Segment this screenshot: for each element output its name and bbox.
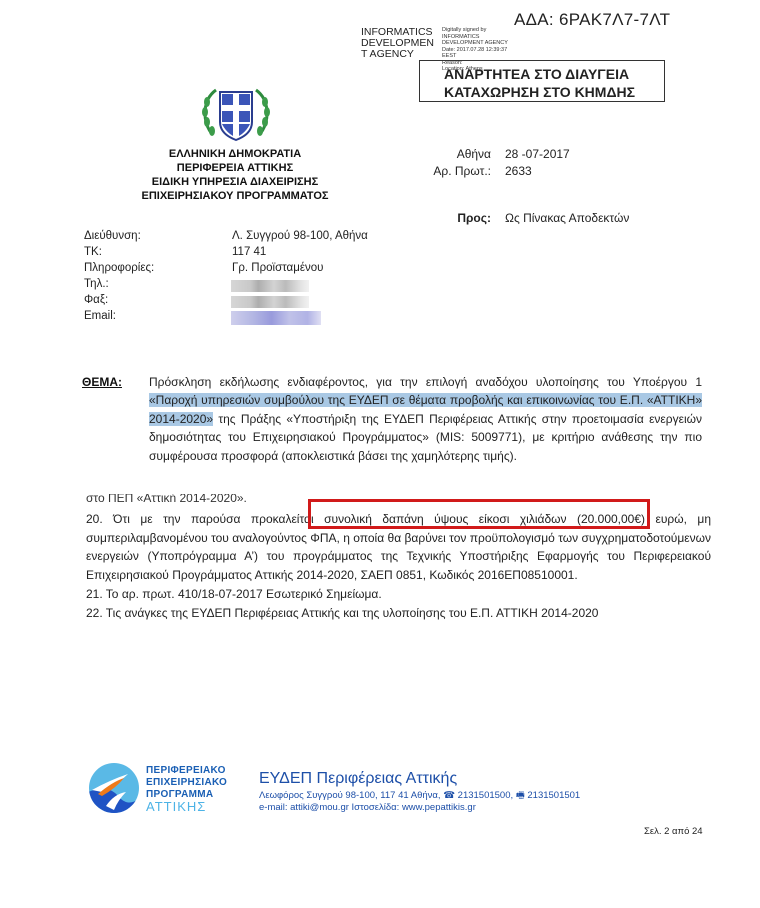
- contact-value-address: Λ. Συγγρού 98-100, Αθήνα: [232, 230, 368, 242]
- contact-label-address: Διεύθυνση:: [84, 230, 141, 242]
- org-line: ΕΛΛΗΝΙΚΗ ΔΗΜΟΚΡΑΤΙΑ: [80, 147, 390, 161]
- posting-line-kimdis: ΚΑΤΑΧΩΡΗΣΗ ΣΤΟ ΚΗΜΔΗΣ: [444, 83, 664, 101]
- document-date: 28 -07-2017: [505, 147, 570, 161]
- digital-signer-name: INFORMATICS DEVELOPMEN T AGENCY: [361, 27, 441, 60]
- contact-label-fax: Φαξ:: [84, 294, 108, 306]
- contact-label-postcode: ΤΚ:: [84, 246, 102, 258]
- redacted-phone: [231, 280, 309, 292]
- recipient-value: Ως Πίνακας Αποδεκτών: [505, 211, 629, 225]
- footer-title: ΕΥΔΕΠ Περιφέρειας Αττικής: [259, 770, 457, 788]
- subject-label: ΘΕΜΑ:: [82, 375, 122, 389]
- program-name: ΠΕΡΙΦΕΡΕΙΑΚΟ ΕΠΙΧΕΙΡΗΣΙΑΚΟ ΠΡΟΓΡΑΜΜΑ ΑΤΤ…: [146, 765, 227, 813]
- contact-label-phone: Τηλ.:: [84, 278, 109, 290]
- greek-coat-of-arms-icon: [198, 82, 274, 146]
- place-label: Αθήνα: [411, 147, 491, 161]
- footer-web: e-mail: attiki@mou.gr Ιστοσελίδα: www.pe…: [259, 802, 580, 814]
- posting-notice-box: ΑΝΑΡΤΗΤΕΑ ΣΤΟ ΔΙΑΥΓΕΙΑ ΚΑΤΑΧΩΡΗΣΗ ΣΤΟ ΚΗ…: [419, 60, 665, 102]
- footer-address: Λεωφόρος Συγγρού 98-100, 117 41 Αθήνα, ☎…: [259, 790, 580, 802]
- subject-text: Πρόσκληση εκδήλωσης ενδιαφέροντος, για τ…: [149, 373, 702, 465]
- clause-22: 22. Τις ανάγκες της ΕΥΔΕΠ Περιφέρειας Ατ…: [86, 604, 711, 623]
- recipient-label: Προς:: [411, 211, 491, 225]
- contact-label-info: Πληροφορίες:: [84, 262, 154, 274]
- footer-contact: Λεωφόρος Συγγρού 98-100, 117 41 Αθήνα, ☎…: [259, 790, 580, 814]
- org-line: ΠΕΡΙΦΕΡΕΙΑ ΑΤΤΙΚΗΣ: [80, 161, 390, 175]
- contact-value-info: Γρ. Προϊσταμένου: [232, 262, 323, 274]
- redacted-fax: [231, 296, 309, 308]
- subject-text-intro: Πρόσκληση εκδήλωσης ενδιαφέροντος, για τ…: [149, 375, 702, 389]
- protocol-label: Αρ. Πρωτ.:: [411, 164, 491, 178]
- contact-value-postcode: 117 41: [232, 246, 266, 258]
- program-region: ΑΤΤΙΚΗΣ: [146, 801, 227, 813]
- protocol-number: 2633: [505, 164, 532, 178]
- subject-text-rest: της Πράξης «Υποστήριξη της ΕΥΔΕΠ Περιφέρ…: [149, 412, 702, 463]
- org-line: ΕΠΙΧΕΙΡΗΣΙΑΚΟΥ ΠΡΟΓΡΑΜΜΑΤΟΣ: [80, 189, 390, 203]
- posting-line-diavgeia: ΑΝΑΡΤΗΤΕΑ ΣΤΟ ΔΙΑΥΓΕΙΑ: [444, 65, 664, 83]
- clause-21: 21. Το αρ. πρωτ. 410/18-07-2017 Εσωτερικ…: [86, 585, 711, 604]
- redacted-email: [231, 311, 321, 325]
- org-line: ΕΙΔΙΚΗ ΥΠΗΡΕΣΙΑ ΔΙΑΧΕΙΡΙΣΗΣ: [80, 175, 390, 189]
- program-line: ΠΕΡΙΦΕΡΕΙΑΚΟ: [146, 765, 227, 777]
- pep-attiki-logo-icon: [88, 762, 140, 814]
- clipped-text-line: στο ΠΕΠ «Αττική 2014-2020».: [86, 494, 247, 502]
- issuing-organization: ΕΛΛΗΝΙΚΗ ΔΗΜΟΚΡΑΤΙΑ ΠΕΡΙΦΕΡΕΙΑ ΑΤΤΙΚΗΣ Ε…: [80, 147, 390, 203]
- program-line: ΕΠΙΧΕΙΡΗΣΙΑΚΟ: [146, 777, 227, 789]
- cost-highlight-annotation: [308, 499, 650, 529]
- contact-label-email: Email:: [84, 310, 116, 322]
- page-number: Σελ. 2 από 24: [644, 826, 703, 837]
